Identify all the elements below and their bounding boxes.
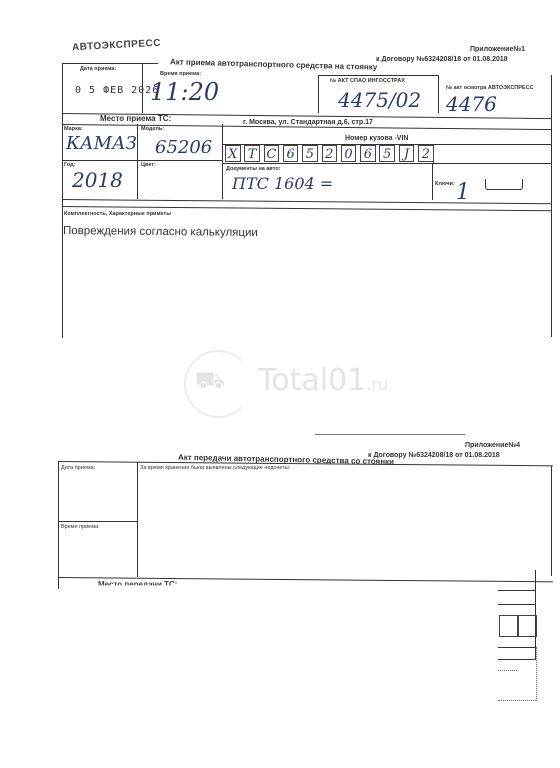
vin-char-cell: T bbox=[244, 145, 260, 162]
return-place-label: Место передачи ТС: bbox=[98, 580, 177, 589]
divider bbox=[498, 647, 536, 648]
divider bbox=[222, 124, 223, 199]
divider bbox=[223, 163, 551, 164]
documents-label: Документы на авто: bbox=[226, 166, 281, 172]
annex-1-contract-ref: к Договору №6324208/18 от 01.08.2018 bbox=[376, 56, 508, 63]
car-watermark-icon: ⛟ bbox=[195, 366, 225, 397]
date-stamp-value: 0 5 ФЕВ 2026 bbox=[75, 85, 159, 96]
annex-1-title: Приложение№1 bbox=[470, 46, 525, 53]
divider bbox=[498, 659, 536, 660]
divider bbox=[318, 75, 438, 76]
divider bbox=[137, 462, 138, 577]
divider bbox=[536, 647, 537, 701]
place-value: г. Москва, ул. Стандартная д.6, стр.17 bbox=[243, 119, 373, 126]
year-value: 2018 bbox=[72, 168, 123, 192]
vin-char-cell: X bbox=[225, 145, 241, 162]
inspection-number-label: № акт осмотра АВТОЭКСПРЕСС bbox=[446, 85, 534, 91]
divider bbox=[498, 604, 535, 605]
logo-stamp: АВТОЭКСПРЕСС bbox=[72, 38, 161, 54]
divider bbox=[58, 521, 137, 522]
inspection-number-value: 4476 bbox=[446, 92, 497, 116]
keys-label: Ключи: bbox=[435, 181, 455, 187]
vin-extra-cell bbox=[433, 144, 552, 163]
watermark-suffix: .ru bbox=[366, 375, 388, 394]
divider bbox=[498, 590, 535, 591]
vin-label: Номер кузова -VIN bbox=[345, 135, 408, 142]
equipment-value: Повреждения согласно калькуляции bbox=[63, 225, 258, 239]
watermark-brand: Total01 bbox=[258, 363, 366, 398]
divider bbox=[551, 75, 552, 337]
vin-char-cell: 5 bbox=[302, 145, 318, 162]
watermark-text: Total01.ru bbox=[258, 363, 388, 398]
divider bbox=[551, 466, 552, 576]
equipment-label: Комплектность, Характерные приметы bbox=[64, 211, 171, 217]
divider bbox=[438, 75, 439, 113]
divider bbox=[62, 199, 552, 204]
return-date-label: Дата приема: bbox=[61, 465, 95, 471]
grid-box bbox=[499, 615, 519, 637]
act-number-value: 4475/02 bbox=[338, 88, 421, 112]
time-value: 11:20 bbox=[150, 78, 219, 106]
model-label: Модель: bbox=[141, 126, 164, 132]
color-label: Цвет: bbox=[141, 162, 156, 168]
divider bbox=[498, 700, 536, 701]
model-value: 65206 bbox=[155, 137, 212, 158]
divider bbox=[58, 461, 59, 589]
vin-char-cell: J bbox=[399, 145, 415, 162]
make-label: Марка: bbox=[64, 126, 83, 132]
vin-char-cell: 6 bbox=[360, 145, 376, 162]
return-time-label: Время приема: bbox=[61, 524, 100, 530]
divider bbox=[498, 670, 517, 671]
vin-char-cell: 0 bbox=[341, 145, 357, 162]
grid-box bbox=[517, 615, 537, 637]
divider bbox=[137, 124, 138, 199]
form-1-title: Акт приема автотранспортного средства на… bbox=[170, 57, 377, 71]
date-label: Дата приема: bbox=[80, 66, 116, 72]
vin-char-cell: 6 bbox=[283, 145, 299, 162]
divider bbox=[318, 75, 319, 113]
keys-bracket bbox=[485, 179, 523, 190]
documents-value: ПТС 1604 = bbox=[232, 174, 333, 193]
place-label: Место приема ТС: bbox=[100, 114, 171, 123]
divider bbox=[62, 160, 222, 161]
divider bbox=[432, 163, 433, 200]
vin-char-cell: 5 bbox=[379, 145, 395, 162]
return-notes-label: За время хранения были выявлены следующи… bbox=[140, 465, 290, 471]
divider bbox=[315, 434, 465, 435]
make-value: КАМАЗ bbox=[66, 133, 137, 154]
time-label: Время приема: bbox=[160, 71, 201, 77]
annex-4-title: Приложение№4 bbox=[465, 442, 520, 449]
keys-value: 1 bbox=[456, 180, 470, 205]
divider bbox=[62, 63, 63, 338]
vin-char-cell: C bbox=[264, 145, 280, 162]
vin-char-cell: 2 bbox=[418, 145, 434, 162]
divider bbox=[62, 63, 158, 64]
vin-char-cell: 2 bbox=[322, 145, 338, 162]
act-number-label: № АКТ СПАО ИНГОССТРАХ bbox=[330, 78, 405, 84]
